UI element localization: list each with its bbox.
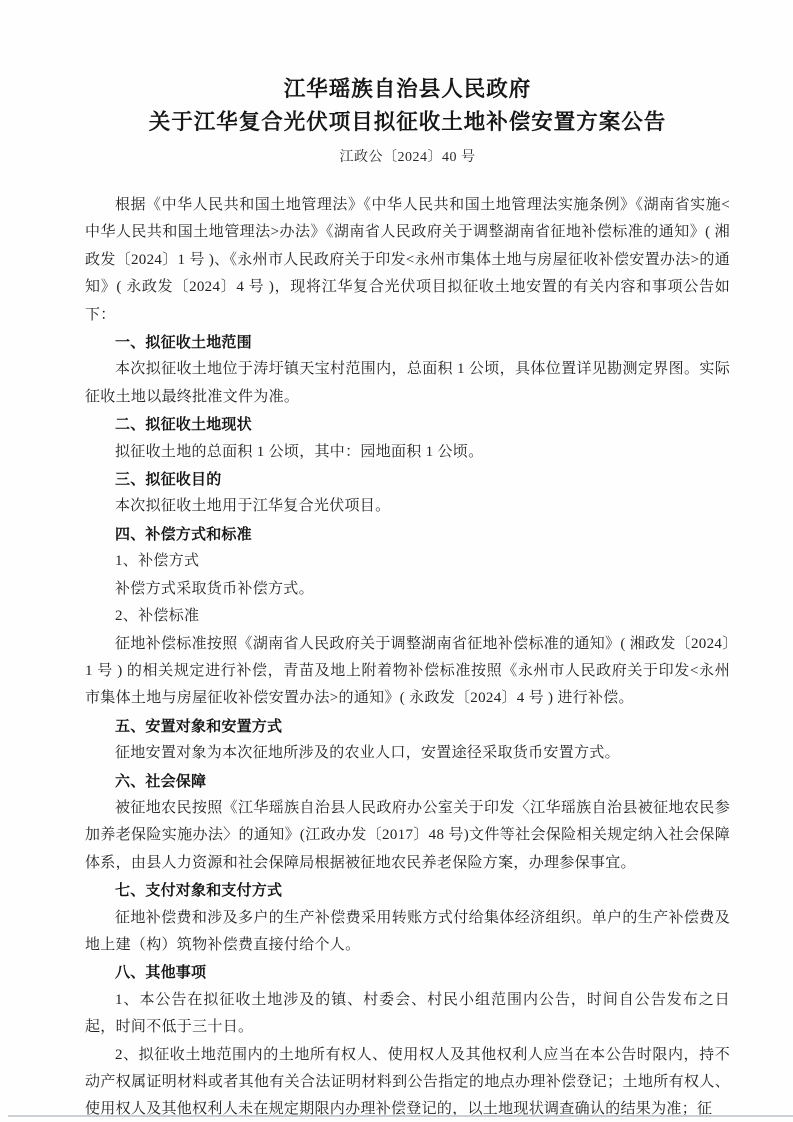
sub-item-heading: 2、补偿标准 (85, 603, 730, 630)
document-number: 江政公〔2024〕40 号 (85, 148, 730, 168)
paragraph: 征地补偿费和涉及多户的生产补偿费采用转账方式付给集体经济组织。单户的生产补偿费及… (85, 905, 730, 960)
section-heading: 五、安置对象和安置方式 (85, 713, 730, 740)
paragraph: 本次拟征收土地位于涛圩镇天宝村范围内，总面积 1 公顷，具体位置详见勘测定界图。… (85, 356, 730, 411)
paragraph: 征地安置对象为本次征地所涉及的农业人口，安置途径采取货币安置方式。 (85, 740, 730, 767)
section-heading: 六、社会保障 (85, 768, 730, 795)
page-bottom-edge-shadow (8, 1115, 793, 1117)
paragraph: 本次拟征收土地用于江华复合光伏项目。 (85, 493, 730, 520)
paragraph: 根据《中华人民共和国土地管理法》《中华人民共和国土地管理法实施条例》《湖南省实施… (85, 192, 730, 329)
paragraph: 1、本公告在拟征收土地涉及的镇、村委会、村民小组范围内公告，时间自公告发布之日起… (85, 987, 730, 1042)
section-heading: 二、拟征收土地现状 (85, 411, 730, 438)
section-heading: 一、拟征收土地范围 (85, 329, 730, 356)
section-heading: 七、支付对象和支付方式 (85, 877, 730, 904)
document-header: 江华瑶族自治县人民政府 关于江华复合光伏项目拟征收土地补偿安置方案公告 江政公〔… (85, 73, 730, 168)
sub-item-heading: 1、补偿方式 (85, 548, 730, 575)
document-title-line1: 江华瑶族自治县人民政府 (85, 73, 730, 106)
paragraph: 补偿方式采取货币补偿方式。 (85, 576, 730, 603)
paragraph: 拟征收土地的总面积 1 公顷，其中：园地面积 1 公顷。 (85, 439, 730, 466)
document-body: 根据《中华人民共和国土地管理法》《中华人民共和国土地管理法实施条例》《湖南省实施… (85, 192, 730, 1122)
paragraph: 征地补偿标准按照《湖南省人民政府关于调整湖南省征地补偿标准的通知》( 湘政发〔2… (85, 631, 730, 713)
paragraph: 2、拟征收土地范围内的土地所有权人、使用权人及其他权利人应当在本公告时限内，持不… (85, 1042, 730, 1122)
document-title-line2: 关于江华复合光伏项目拟征收土地补偿安置方案公告 (85, 106, 730, 139)
section-heading: 八、其他事项 (85, 959, 730, 986)
section-heading: 三、拟征收目的 (85, 466, 730, 493)
paragraph: 被征地农民按照《江华瑶族自治县人民政府办公室关于印发〈江华瑶族自治县被征地农民参… (85, 795, 730, 877)
document-page: 江华瑶族自治县人民政府 关于江华复合光伏项目拟征收土地补偿安置方案公告 江政公〔… (0, 0, 793, 1122)
section-heading: 四、补偿方式和标准 (85, 521, 730, 548)
